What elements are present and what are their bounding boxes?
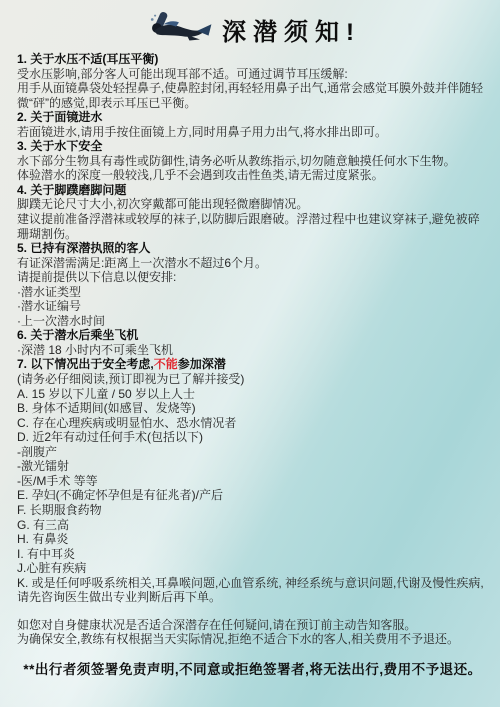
section-underwater-safety: 3. 关于水下安全 水下部分生物具有毒性或防御性,请务必听从教练指示,切勿随意触… xyxy=(17,139,488,183)
bullet-cert-type: ·潜水证类型 xyxy=(17,285,488,300)
section-heading: 3. 关于水下安全 xyxy=(17,139,488,154)
bullet-cert-number: ·潜水证编号 xyxy=(17,299,488,314)
heading-prefix: 7. 以下情况出于安全考虑, xyxy=(17,357,154,371)
exclusion-item-f: F. 长期服食药物 xyxy=(17,503,488,518)
header: 深潜须知! xyxy=(17,8,488,50)
exclusions-note: (请务必仔细阅读,预订即视为已了解并接受) xyxy=(17,372,488,387)
section-line: 有证深潜需满足:距离上一次潜水不超过6个月。 xyxy=(17,256,488,271)
section-heading: 6. 关于潜水后乘坐飞机 xyxy=(17,328,488,343)
footer-refusal-note: 为确保安全,教练有权根据当天实际情况,拒绝不适合下水的客人,相关费用不予退还。 xyxy=(17,632,488,647)
heading-highlight-red: 不能 xyxy=(154,357,178,371)
exclusion-subitem: -激光镭射 xyxy=(17,459,488,474)
section-flying-after-diving: 6. 关于潜水后乘坐飞机 ·深潜 18 小时内不可乘坐飞机 xyxy=(17,328,488,357)
footer-health-note: 如您对自身健康状况是否适合深潜存在任何疑问,请在预订前主动告知客服。 xyxy=(17,618,488,633)
section-heading: 1. 关于水压不适(耳压平衡) xyxy=(17,52,488,67)
section-licensed-divers: 5. 已持有深潜执照的客人 有证深潜需满足:距离上一次潜水不超过6个月。 请提前… xyxy=(17,241,488,328)
heading-suffix: 参加深潜 xyxy=(178,357,226,371)
section-line: 脚蹼无论尺寸大小,初次穿戴都可能出现轻微磨脚情况。 xyxy=(17,197,488,212)
exclusion-item-k: K. 或是任何呼吸系统相关,耳鼻喉问题,心血管系统, 神经系统与意识问题,代谢及… xyxy=(17,576,488,605)
exclusion-item-h: H. 有鼻炎 xyxy=(17,532,488,547)
section-ear-pressure: 1. 关于水压不适(耳压平衡) 受水压影响,部分客人可能出现耳部不适。可通过调节… xyxy=(17,52,488,110)
section-line: 请提前提供以下信息以便安排: xyxy=(17,270,488,285)
footer: 如您对自身健康状况是否适合深潜存在任何疑问,请在预订前主动告知客服。 为确保安全… xyxy=(17,618,488,678)
section-line: 受水压影响,部分客人可能出现耳部不适。可通过调节耳压缓解: xyxy=(17,67,488,82)
exclusion-item-a: A. 15 岁以下儿童 / 50 岁以上人士 xyxy=(17,387,488,402)
exclusion-item-d: D. 近2年有动过任何手术(包括以下) xyxy=(17,430,488,445)
exclusion-item-c: C. 存在心理疾病或明显怕水、恐水情况者 xyxy=(17,416,488,431)
exclusion-item-g: G. 有三高 xyxy=(17,518,488,533)
section-heading: 7. 以下情况出于安全考虑,不能参加深潜 xyxy=(17,357,488,372)
footer-disclaimer: **出行者须签署免责声明,不同意或拒绝签署者,将无法出行,费用不予退还。 xyxy=(17,661,488,678)
section-line: 若面镜进水,请用手按住面镜上方,同时用鼻子用力出气,将水排出即可。 xyxy=(17,125,488,140)
dive-notice-page: 深潜须知! 1. 关于水压不适(耳压平衡) 受水压影响,部分客人可能出现耳部不适… xyxy=(0,0,500,707)
section-mask-water: 2. 关于面镜进水 若面镜进水,请用手按住面镜上方,同时用鼻子用力出气,将水排出… xyxy=(17,110,488,139)
section-heading: 5. 已持有深潜执照的客人 xyxy=(17,241,488,256)
section-safety-exclusions: 7. 以下情况出于安全考虑,不能参加深潜 (请务必仔细阅读,预订即视为已了解并接… xyxy=(17,357,488,604)
section-fin-chafing: 4. 关于脚蹼磨脚问题 脚蹼无论尺寸大小,初次穿戴都可能出现轻微磨脚情况。 建议… xyxy=(17,183,488,241)
bullet-last-dive-time: ·上一次潜水时间 xyxy=(17,314,488,329)
section-line: ·深潜 18 小时内不可乘坐飞机 xyxy=(17,343,488,358)
exclusion-subitem: -剖腹产 xyxy=(17,445,488,460)
section-line: 体验潜水的深度一般较浅,几乎不会遇到攻击性鱼类,请无需过度紧张。 xyxy=(17,168,488,183)
scuba-diver-icon xyxy=(144,8,212,50)
section-heading: 4. 关于脚蹼磨脚问题 xyxy=(17,183,488,198)
exclusion-subitem: -医/M手术 等等 xyxy=(17,474,488,489)
section-line: 用手从面镜鼻袋处轻捏鼻子,使鼻腔封闭,再轻轻用鼻子出气,通常会感觉耳膜外鼓并伴随… xyxy=(17,81,488,110)
page-title: 深潜须知! xyxy=(222,12,361,47)
exclusion-item-j: J.心脏有疾病 xyxy=(17,561,488,576)
section-line: 水下部分生物具有毒性或防御性,请务必听从教练指示,切勿随意触摸任何水下生物。 xyxy=(17,154,488,169)
section-line: 建议提前准备浮潜袜或较厚的袜子,以防脚后跟磨破。浮潜过程中也建议穿袜子,避免被碎… xyxy=(17,212,488,241)
section-heading: 2. 关于面镜进水 xyxy=(17,110,488,125)
exclusion-item-i: I. 有中耳炎 xyxy=(17,547,488,562)
exclusion-item-b: B. 身体不适期间(如感冒、发烧等) xyxy=(17,401,488,416)
exclusion-item-e: E. 孕妇(不确定怀孕但是有征兆者)/产后 xyxy=(17,488,488,503)
notice-body: 1. 关于水压不适(耳压平衡) 受水压影响,部分客人可能出现耳部不适。可通过调节… xyxy=(17,52,488,678)
